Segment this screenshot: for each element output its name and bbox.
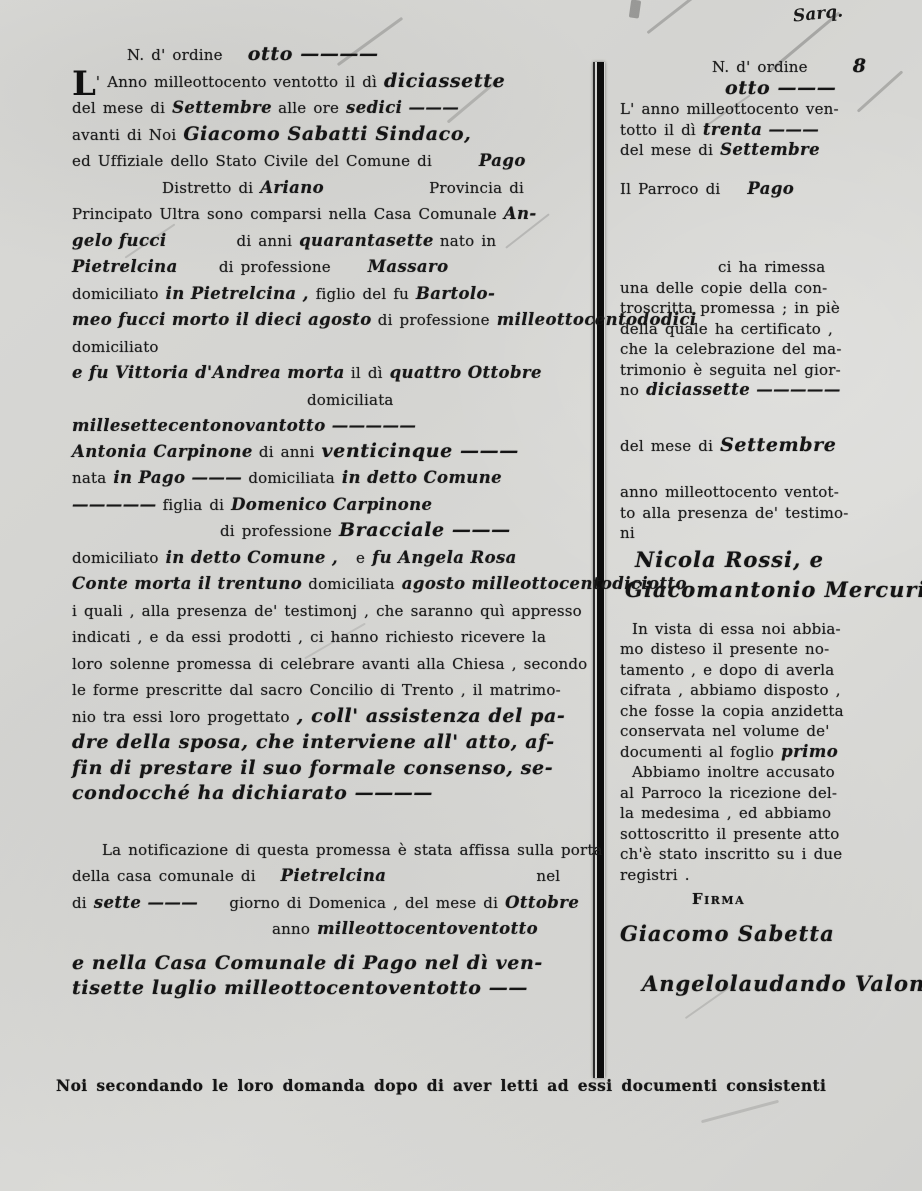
text-line: che fosse la copia anzidetta [620,701,918,722]
text-line: L' anno milleottocento ven- [620,99,918,120]
handwritten-text: gelo fucci [72,231,167,250]
printed-text: domiciliata [248,469,342,487]
text-line: domiciliato in detto Comune ,e fu Angela… [72,545,617,572]
text-line: Abbiamo inoltre accusato [620,762,918,783]
handwritten-text: fu Angela Rosa [372,548,517,567]
text-line: no diciassette ————— [620,380,918,401]
text-line: ci ha rimessa [620,257,918,278]
text-line: e nella Casa Comunale di Pago nel dì ven… [72,951,617,977]
handwritten-text: otto ——— [725,77,836,99]
handwritten-text: Ariano [260,178,324,197]
printed-text: cifrata , abbiamo disposto , [620,681,841,699]
handwritten-text: ————— [72,495,163,514]
printed-text: L' anno milleottocento ven- [620,100,839,118]
printed-text: figlia di [163,496,231,514]
text-line: nata in Pago ——— domiciliata in detto Co… [72,465,617,492]
text-line: ch'è stato inscritto su i due [620,844,918,865]
printed-text: di anni [259,443,322,461]
text-line: millesettecentonovantotto ————— [72,413,617,439]
printed-text: conservata nel volume de' [620,722,830,740]
text-line: anno milleottocentoventotto [72,916,617,943]
text-line: Nicola Rossi, e [620,550,918,573]
text-line: La notificazione di questa promessa è st… [72,837,617,864]
printed-text: Abbiamo inoltre accusato [632,763,835,781]
text-line: sottoscritto il presente atto [620,824,918,845]
handwritten-text: e fu Vittoria d'Andrea morta [72,363,351,382]
printed-text: ch'è stato inscritto su i due [620,845,842,863]
text-line: to alla presenza de' testimo- [620,503,918,524]
printed-text: ci ha rimessa [718,258,825,276]
text-line: al Parroco la ricezione del- [620,783,918,804]
text-line: ni [620,523,918,544]
printed-text: della quale ha certificato , [620,320,833,338]
text-line: fin di prestare il suo formale consenso,… [72,756,617,782]
text-line: del mese di Settembre [620,140,918,161]
printed-text: di anni [237,232,300,250]
text-line: cifrata , abbiamo disposto , [620,680,918,701]
text-line: In vista di essa noi abbia- [620,619,918,640]
handwritten-text: quarantasette [299,231,440,250]
text-line: avanti di Noi Giacomo Sabatti Sindaco, [72,122,617,149]
handwritten-text: Bracciale ——— [339,519,511,541]
handwritten-text: sedici ——— [346,98,459,117]
printed-text: che fosse la copia anzidetta [620,702,844,720]
handwritten-text: Angelolaudando Valonz [642,971,922,996]
text-line: Giacomo Sabetta [620,924,918,947]
handwritten-text: tisette luglio milleottocentoventotto —— [72,977,528,999]
text-line: del mese di Settembre alle ore sedici ——… [72,95,617,122]
printed-text: indicati , e da essi prodotti , ci hanno… [72,628,546,646]
handwritten-text: Domenico Carpinone [231,495,432,514]
handwritten-text: in Pietrelcina , [166,284,309,303]
printed-text: del mese di [72,99,172,117]
text-line: domiciliato in Pietrelcina , figlio del … [72,281,617,308]
text-line: Distretto di ArianoProvincia di [72,175,617,202]
handwritten-text: in Pago ——— [113,468,248,487]
handwritten-text: milleottocentoventotto [317,919,538,938]
printed-text: documenti al foglio [620,743,781,761]
text-line: Angelolaudando Valonz [620,974,918,997]
handwritten-text: 8 [853,55,867,77]
text-line: Principato Ultra sono comparsi nella Cas… [72,201,617,228]
printed-text: ed Uffiziale dello Stato Civile del Comu… [72,152,439,170]
handwritten-text: dre della sposa, che interviene all' att… [72,731,555,753]
text-line: di professione Bracciale ——— [72,518,617,545]
printed-text: no [620,381,646,399]
printed-text: N. d' ordine [127,46,230,64]
text-line: otto ——— [620,78,918,100]
handwritten-text: millesettecentonovantotto ————— [72,416,416,435]
printed-text: al Parroco la ricezione del- [620,784,837,802]
printed-text: mo disteso il presente no- [620,640,829,658]
handwritten-text: otto ———— [248,43,379,65]
handwritten-text: Pago [479,151,526,170]
text-line: condocché ha dichiarato ———— [72,781,617,807]
printed-text: Distretto di [162,179,260,197]
left-page-act-column: N. d' ordine otto ————L' Anno milleottoc… [72,42,617,1002]
printed-text: nata [72,469,113,487]
text-line: anno milleottocento ventot- [620,482,918,503]
text-line: Firma [620,889,918,910]
handwritten-text: Pago [747,179,794,198]
printed-text: domiciliata [307,391,394,409]
handwritten-text: An- [504,204,537,223]
text-line: i quali , alla presenza de' testimonj , … [72,598,617,625]
printed-text: del mese di [620,141,720,159]
printed-text: nel [536,867,560,885]
text-line: della quale ha certificato , [620,319,918,340]
printed-text: totto il dì [620,121,703,139]
text-line: la medesima , ed abbiamo [620,803,918,824]
text-line: trimonio è seguita nel gior- [620,360,918,381]
printed-text: tamento , e dopo di averla [620,661,834,679]
handwritten-text: Settembre [720,434,836,456]
text-line: le forme prescritte dal sacro Concilio d… [72,677,617,704]
handwritten-text: Settembre [720,140,820,159]
printed-text: Provincia di [429,179,524,197]
text-line: di sette ——— giorno di Domenica , del me… [72,890,617,917]
text-line: domiciliato [72,334,617,361]
text-line: Conte morta il trentuno domiciliata agos… [72,571,617,598]
handwritten-text: Pietrelcina [72,257,184,276]
printed-text: avanti di Noi [72,126,183,144]
handwritten-text: condocché ha dichiarato ———— [72,782,433,804]
printed-text: il dì [351,364,390,382]
printed-text: ni [620,524,635,542]
printed-text: domiciliato [72,285,166,303]
text-line: tisette luglio milleottocentoventotto —— [72,976,617,1002]
text-line: registri . [620,865,918,886]
handwritten-text: meo fucci morto il dieci agosto [72,310,378,329]
printed-text: della casa comunale di [72,867,263,885]
printed-text: domiciliato [72,338,159,356]
printed-text: nio tra essi loro progettato [72,708,297,726]
printed-text: domiciliato [72,549,166,567]
printed-text: registri . [620,866,690,884]
handwritten-text: fin di prestare il suo formale consenso,… [72,757,553,779]
handwritten-text: in detto Comune , [166,548,338,567]
printed-text: nato in [440,232,496,250]
handwritten-text: Giacomo Sabetta [620,921,835,946]
printed-text: la medesima , ed abbiamo [620,804,831,822]
handwritten-text: sette ——— [94,893,205,912]
right-page-annotation-column: N. d' ordine8otto ———L' anno milleottoce… [620,56,918,997]
handwritten-text: e nella Casa Comunale di Pago nel dì ven… [72,952,543,974]
printed-text: del mese di [620,437,720,455]
handwritten-text: trenta ——— [703,120,819,139]
text-line: troscritta promessa ; in piè [620,298,918,319]
text-line: e fu Vittoria d'Andrea morta il dì quatt… [72,360,617,387]
printed-text: loro solenne promessa di celebrare avant… [72,655,587,673]
text-line: dre della sposa, che interviene all' att… [72,730,617,756]
handwritten-text: quattro Ottobre [390,363,542,382]
handwritten-text: Nicola Rossi, e [635,547,824,572]
text-line: una delle copie della con- [620,278,918,299]
bottom-printed-line: Noi secondando le loro domanda dopo di a… [56,1076,826,1095]
handwritten-text: primo [781,742,838,761]
text-line: totto il dì trenta ——— [620,120,918,141]
text-line: documenti al foglio primo [620,742,918,763]
text-line: che la celebrazione del ma- [620,339,918,360]
printed-text: domiciliata [308,575,402,593]
text-line: loro solenne promessa di celebrare avant… [72,651,617,678]
handwritten-text: Antonia Carpinone [72,442,259,461]
text-line: mo disteso il presente no- [620,639,918,660]
handwritten-text: Pietrelcina [281,866,387,885]
handwritten-text: Ottobre [505,893,579,912]
text-line: ————— figlia di Domenico Carpinone [72,492,617,519]
printed-text: che la celebrazione del ma- [620,340,842,358]
printed-text: La notificazione di questa promessa è st… [102,841,603,859]
handwritten-text: Settembre [172,98,278,117]
text-line: Il Parroco di Pago [620,179,918,200]
handwritten-text: venticinque ——— [322,440,519,462]
text-line: N. d' ordine otto ———— [72,42,617,69]
printed-text: di [72,894,94,912]
text-line: indicati , e da essi prodotti , ci hanno… [72,624,617,651]
handwritten-text: Giacomantonio Mercuri [625,577,922,602]
handwritten-text: in detto Comune [342,468,502,487]
printed-text: giorno di Domenica , del mese di [229,894,505,912]
handwritten-text: diciassette ————— [646,380,841,399]
text-line: nio tra essi loro progettato , coll' ass… [72,704,617,731]
handwritten-text: Massaro [368,257,449,276]
printed-text: i quali , alla presenza de' testimonj , … [72,602,582,620]
printed-text: di professione [220,522,339,540]
text-line: Giacomantonio Mercuri [620,580,918,603]
printed-text: Il Parroco di [620,180,727,198]
printed-text: alle ore [278,99,346,117]
printed-text: trimonio è seguita nel gior- [620,361,841,379]
handwritten-text: Bartolo- [416,284,495,303]
handwritten-text: Giacomo Sabatti Sindaco, [183,123,471,145]
printed-text: N. d' ordine [712,58,808,76]
printed-text: di professione [378,311,497,329]
handwritten-text: Conte morta il trentuno [72,574,308,593]
printed-text: troscritta promessa ; in piè [620,299,840,317]
text-line: ed Uffiziale dello Stato Civile del Comu… [72,148,617,175]
text-line: domiciliata [72,387,617,414]
printed-text: sottoscritto il presente atto [620,825,840,843]
text-line: gelo fuccidi anni quarantasette nato in [72,228,617,255]
text-line: conservata nel volume de' [620,721,918,742]
text-line: del mese di Settembre [620,435,918,457]
printed-text: di professione [219,258,338,276]
text-line: Antonia Carpinone di anni venticinque ——… [72,439,617,466]
printed-text: e [356,549,372,567]
text-line: tamento , e dopo di averla [620,660,918,681]
printed-text: una delle copie della con- [620,279,827,297]
printed-text: Principato Ultra sono comparsi nella Cas… [72,205,504,223]
printed-text: figlio del fu [309,285,416,303]
handwritten-text: , coll' assistenza del pa- [297,705,566,727]
printed-text: le forme prescritte dal sacro Concilio d… [72,681,561,699]
text-line: N. d' ordine8 [620,56,918,78]
text-line: Pietrelcina di professione Massaro [72,254,617,281]
printed-text: ' Anno milleottocento ventotto il dì [96,73,384,91]
text-line: L' Anno milleottocento ventotto il dì di… [72,69,617,96]
text-line: meo fucci morto il dieci agosto di profe… [72,307,617,334]
printed-text: to alla presenza de' testimo- [620,504,849,522]
text-line: della casa comunale di Pietrelcinanel [72,863,617,890]
printed-text: Firma [692,890,745,908]
printed-text: anno milleottocento ventot- [620,483,839,501]
printed-text: anno [272,920,317,938]
handwritten-text: diciassette [384,70,505,92]
printed-text: In vista di essa noi abbia- [632,620,841,638]
